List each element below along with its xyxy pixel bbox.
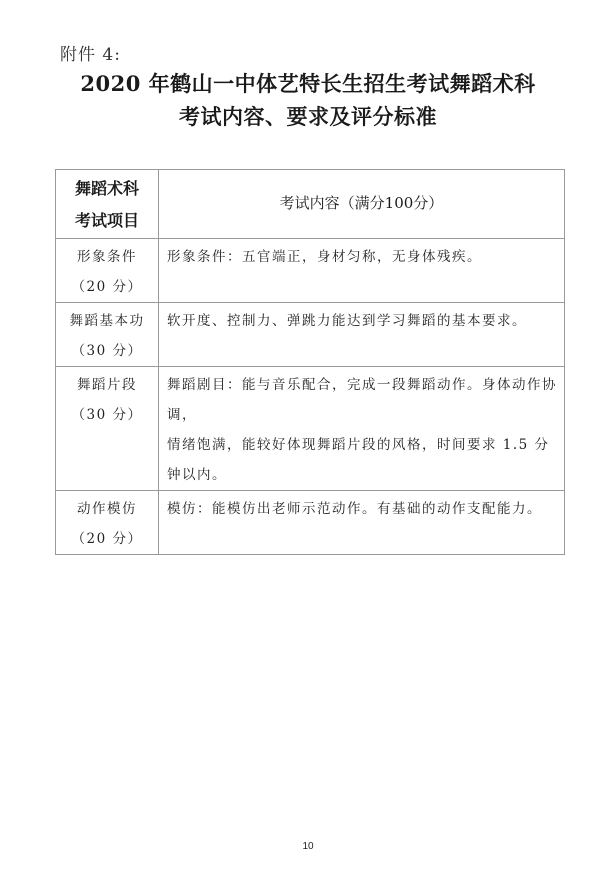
document-title-line2: 考试内容、要求及评分标准 <box>0 101 616 131</box>
content-cell: 模仿：能模仿出老师示范动作。有基础的动作支配能力。 <box>159 491 565 555</box>
scoring-table: 舞蹈术科 考试项目 考试内容（满分100分） 形象条件 （20 分） 形象条件：… <box>55 169 565 555</box>
item-cell: 舞蹈片段 （30 分） <box>56 367 159 491</box>
item-cell: 形象条件 （20 分） <box>56 239 159 303</box>
table-row: 舞蹈片段 （30 分） 舞蹈剧目：能与音乐配合，完成一段舞蹈动作。身体动作协调，… <box>56 367 565 491</box>
item-cell: 舞蹈基本功 （30 分） <box>56 303 159 367</box>
item-cell: 动作模仿 （20 分） <box>56 491 159 555</box>
item-score: （20 分） <box>56 272 158 302</box>
header-item-cell: 舞蹈术科 考试项目 <box>56 170 159 239</box>
content-line: 模仿：能模仿出老师示范动作。有基础的动作支配能力。 <box>167 491 564 524</box>
table-row: 舞蹈基本功 （30 分） 软开度、控制力、弹跳力能达到学习舞蹈的基本要求。 <box>56 303 565 367</box>
item-score: （30 分） <box>56 336 158 366</box>
content-cell: 形象条件：五官端正，身材匀称，无身体残疾。 <box>159 239 565 303</box>
table-row: 动作模仿 （20 分） 模仿：能模仿出老师示范动作。有基础的动作支配能力。 <box>56 491 565 555</box>
content-line: 形象条件：五官端正，身材匀称，无身体残疾。 <box>167 239 564 272</box>
item-name: 舞蹈基本功 <box>56 303 158 336</box>
item-score: （30 分） <box>56 400 158 430</box>
table-header-row: 舞蹈术科 考试项目 考试内容（满分100分） <box>56 170 565 239</box>
content-line: 舞蹈剧目：能与音乐配合，完成一段舞蹈动作。身体动作协调， <box>167 367 564 430</box>
content-line: 情绪饱满，能较好体现舞蹈片段的风格，时间要求 1.5 分钟以内。 <box>167 430 564 490</box>
document-title-line1: 2020 年鹤山一中体艺特长生招生考试舞蹈术科 <box>0 68 616 98</box>
item-name: 动作模仿 <box>56 491 158 524</box>
header-item-line2: 考试项目 <box>56 206 158 238</box>
item-name: 形象条件 <box>56 239 158 272</box>
table-row: 形象条件 （20 分） 形象条件：五官端正，身材匀称，无身体残疾。 <box>56 239 565 303</box>
annex-label: 附件 4: <box>60 40 121 65</box>
item-score: （20 分） <box>56 524 158 554</box>
content-cell: 舞蹈剧目：能与音乐配合，完成一段舞蹈动作。身体动作协调， 情绪饱满，能较好体现舞… <box>159 367 565 491</box>
content-line: 软开度、控制力、弹跳力能达到学习舞蹈的基本要求。 <box>167 303 564 336</box>
header-content-label: 考试内容（满分100分） <box>159 170 564 236</box>
header-item-line1: 舞蹈术科 <box>56 170 158 206</box>
item-name: 舞蹈片段 <box>56 367 158 400</box>
content-cell: 软开度、控制力、弹跳力能达到学习舞蹈的基本要求。 <box>159 303 565 367</box>
header-content-cell: 考试内容（满分100分） <box>159 170 565 239</box>
page-number: 10 <box>0 841 616 852</box>
